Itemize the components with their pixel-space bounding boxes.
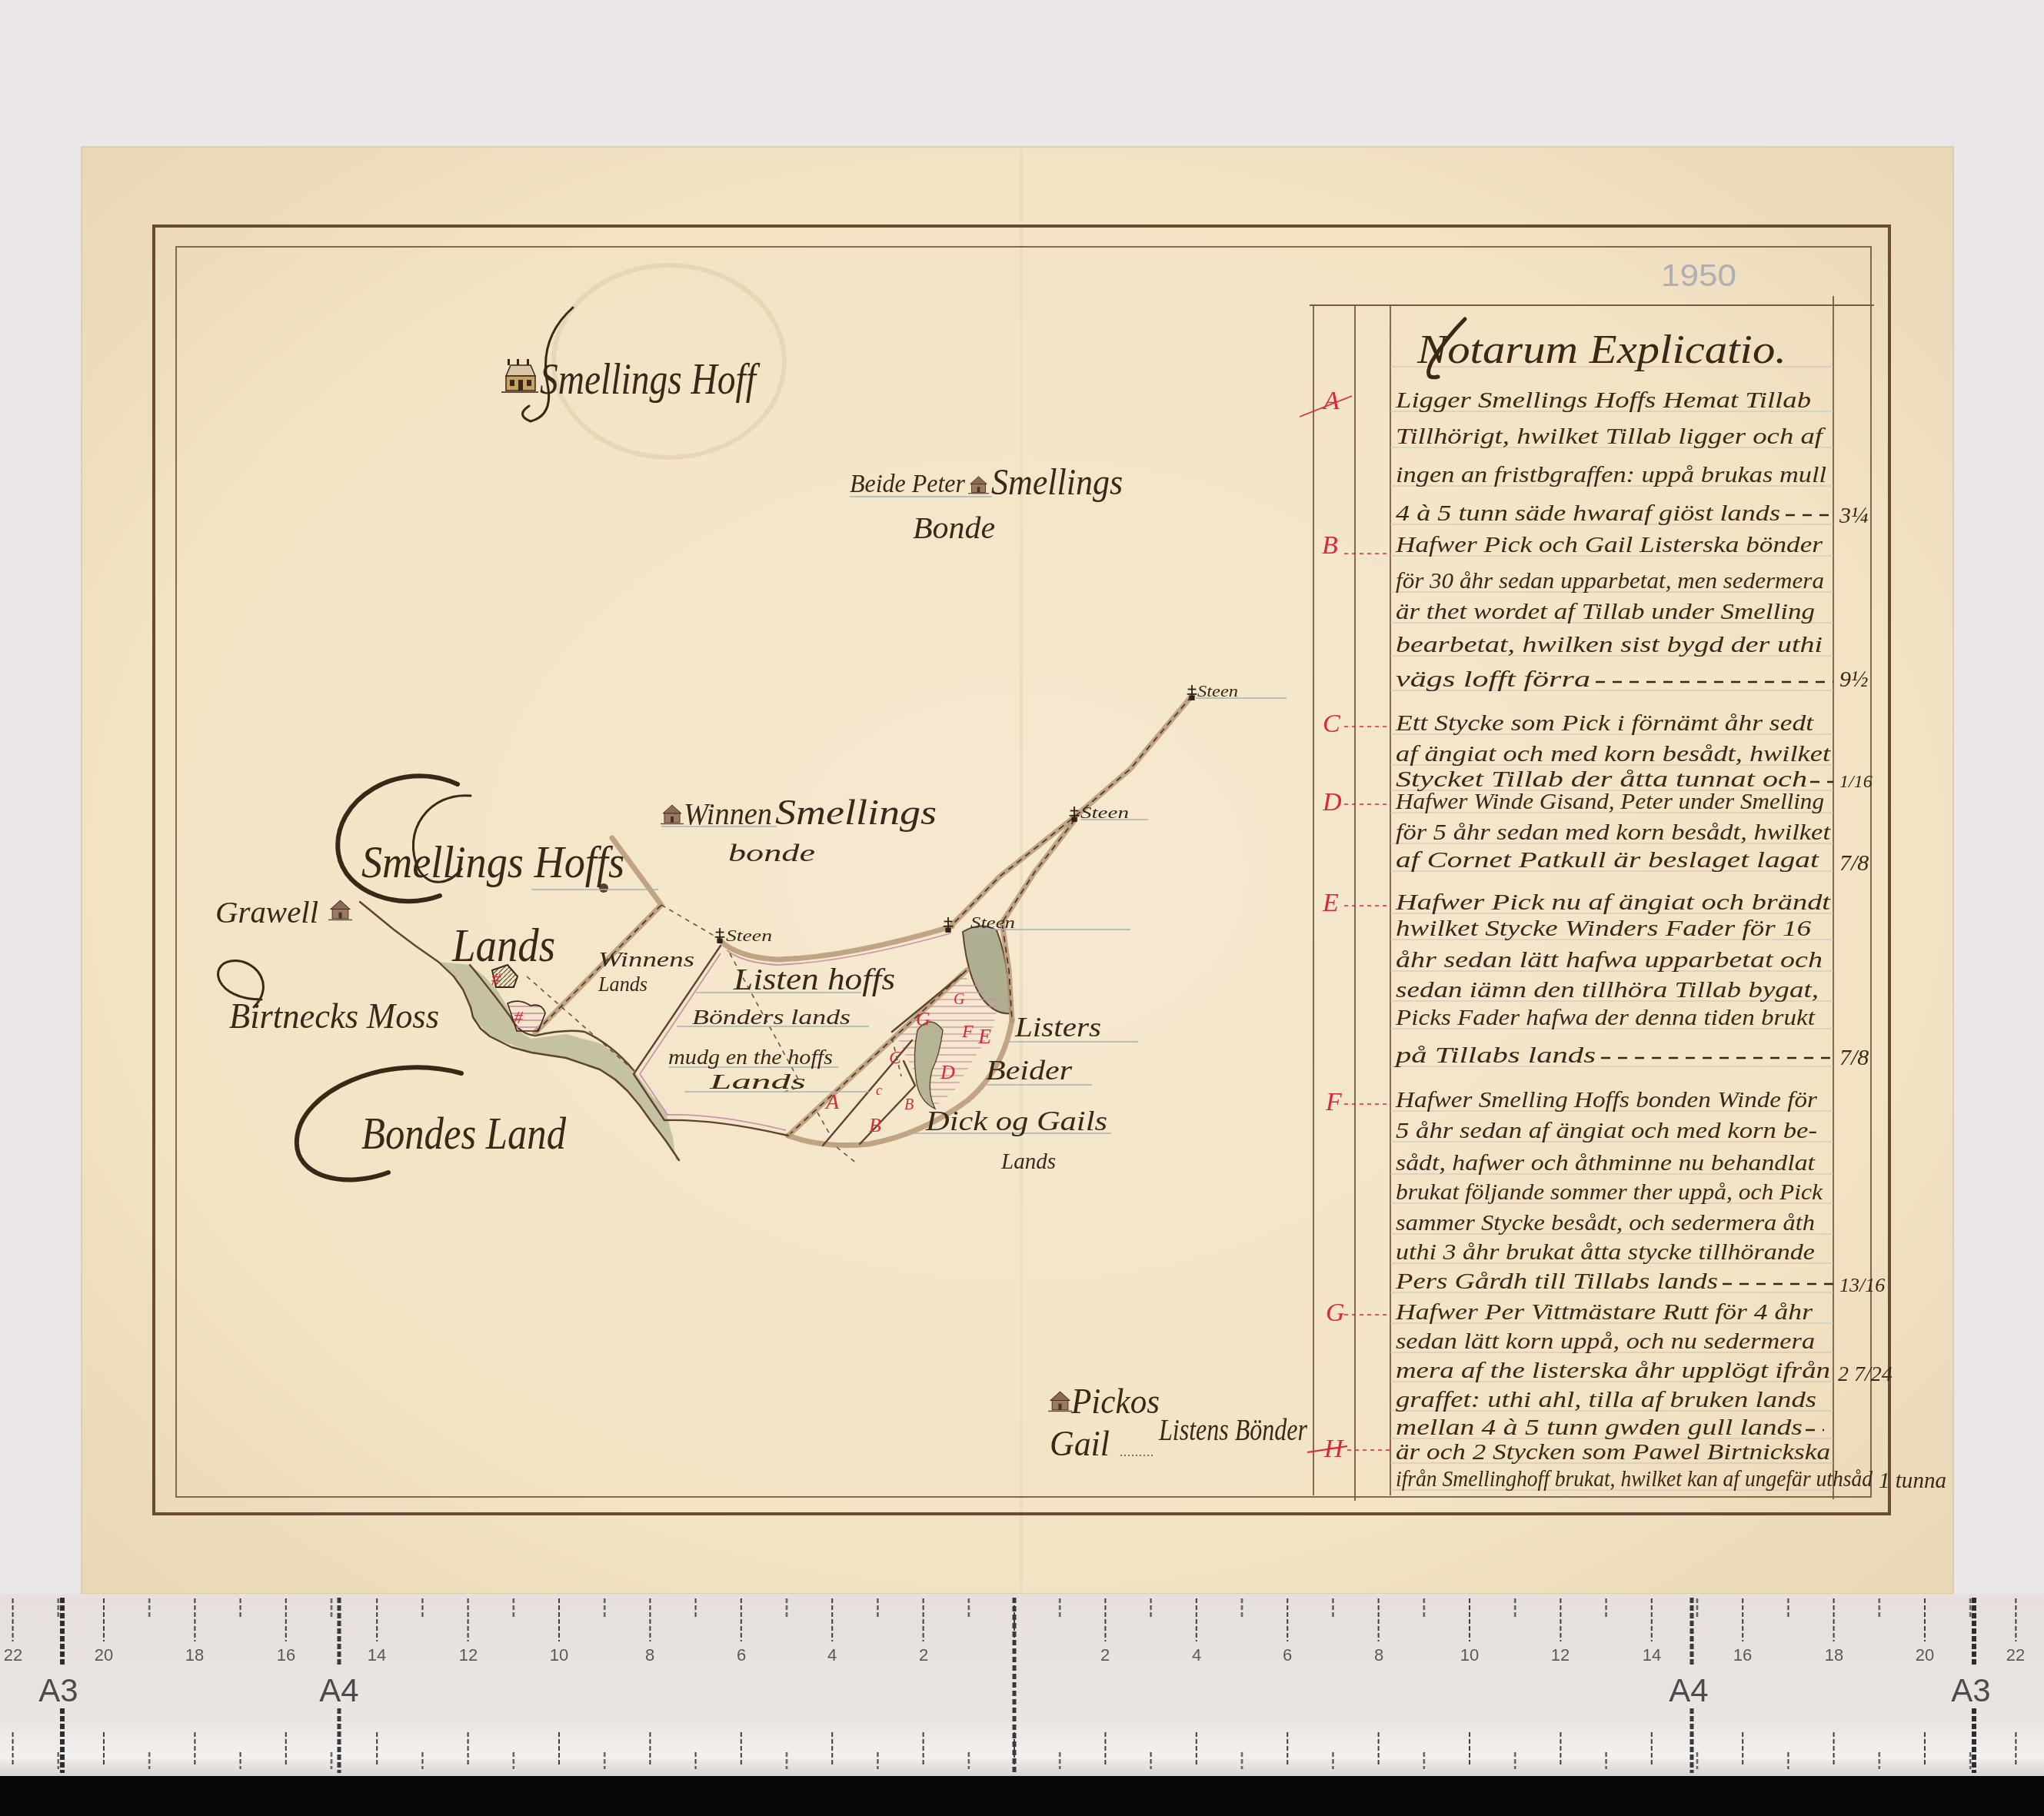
note-line: Hafwer Smelling Hoffs bonden Winde för: [1395, 1087, 1817, 1113]
label-beide-peter: Beide Peter: [850, 470, 966, 498]
note-line: Picks Fader hafwa der denna tiden brukt: [1395, 1005, 1816, 1030]
ruler-label: 10: [550, 1645, 568, 1665]
note-line: för 30 åhr sedan upparbetat, men sederme…: [1396, 568, 1824, 594]
label-gail: Gail: [1050, 1424, 1110, 1463]
label-dick-og-gails: Dick og Gails: [925, 1106, 1107, 1136]
note-line: Hafwer Pick nu af ängiat och brändt: [1395, 890, 1831, 915]
note-line: 4 à 5 tunn säde hwaraf giöst lands: [1396, 501, 1780, 526]
label-bonde-beide: Bonde: [913, 511, 995, 545]
scanner-edge-shadow: [0, 1776, 2044, 1816]
label-smellings-hoffs: Smellings Hoffs: [361, 836, 624, 887]
label-bonde-winnen: bonde: [728, 839, 815, 866]
scan-svg: 1950: [0, 0, 2044, 1816]
label-listers: Listers: [1014, 1012, 1101, 1043]
stone-label: Steen: [970, 913, 1015, 932]
label-bondes-land: Bondes Land: [361, 1108, 567, 1159]
ruler-label: 16: [1733, 1645, 1752, 1665]
note-line: Ett Stycke som Pick i förnämt åhr sedt: [1395, 710, 1814, 736]
parcel-letter-f: F: [961, 1022, 974, 1042]
parcel-letter-c-small: c: [876, 1083, 882, 1098]
parcel-letter-e: E: [977, 1025, 991, 1049]
note-line: Ligger Smellings Hoffs Hemat Tillab: [1395, 387, 1811, 413]
format-label-a3: A3: [38, 1672, 78, 1708]
ruler-label: 18: [185, 1645, 204, 1665]
ruler-label: 14: [1643, 1645, 1661, 1665]
parcel-letter-c: C: [889, 1048, 902, 1068]
note-line: är thet wordet af Tillab under Smelling: [1396, 599, 1815, 624]
stone-label: Steen: [1197, 681, 1238, 700]
note-line: mera af the listerska åhr upplögt ifrån: [1396, 1358, 1830, 1383]
ruler-label: 20: [1916, 1645, 1934, 1665]
scale-ruler: 22 20 18 16 14 12 10 8 6 4 2 2 4 6 8 10 …: [0, 1594, 2044, 1816]
entry-value: 1 tunna: [1879, 1468, 1946, 1493]
stone-label: Steen: [726, 926, 772, 945]
label-lands-smellings: Lands: [451, 920, 555, 972]
entry-value: 7/8: [1839, 1045, 1869, 1070]
note-line: sådt, hafwer och åthminne nu behandlat: [1396, 1150, 1816, 1176]
note-line: bearbetat, hwilken sist bygd der uthi: [1396, 632, 1823, 657]
note-line: graffet: uthi ahl, tilla af bruken lands: [1396, 1387, 1816, 1412]
note-line: sedan lätt korn uppå, och nu sedermera: [1396, 1329, 1815, 1354]
margin-letter-b: B: [1322, 531, 1338, 560]
note-line: vägs lofft förra: [1396, 667, 1590, 692]
ruler-label: 2: [1100, 1645, 1110, 1665]
note-line: uthi 3 åhr brukat åtta stycke tillhörand…: [1396, 1239, 1815, 1265]
label-beider: Beider: [986, 1055, 1073, 1086]
field-mark: #: [514, 1008, 524, 1028]
margin-letter-h: H: [1323, 1435, 1345, 1463]
margin-letter-f: F: [1325, 1088, 1343, 1116]
label-lands-winnens: Lands: [598, 973, 647, 996]
note-line: Hafwer Per Vittmästare Rutt för 4 åhr: [1395, 1299, 1813, 1325]
ruler-label: 22: [4, 1645, 22, 1665]
margin-letter-d: D: [1322, 788, 1342, 817]
ruler-label: 10: [1460, 1645, 1479, 1665]
note-line: Hafwer Pick och Gail Listerska bönder: [1395, 532, 1823, 557]
parcel-letter-b-small: B: [904, 1096, 914, 1113]
ruler-label: 6: [737, 1645, 746, 1665]
note-line: brukat följande sommer ther uppå, och Pi…: [1396, 1179, 1823, 1205]
margin-letter-g: G: [1326, 1299, 1345, 1327]
format-label-a4: A4: [319, 1672, 358, 1708]
ruler-label: 14: [368, 1645, 386, 1665]
ruler-label: 12: [1551, 1645, 1570, 1665]
ruler-label: 2: [919, 1645, 928, 1665]
note-line: af Cornet Patkull är beslaget lagat: [1396, 847, 1819, 873]
format-label-a3: A3: [1951, 1672, 1990, 1708]
parcel-letter-g: G: [916, 1008, 930, 1030]
notes-title: Notarum Explicatio.: [1416, 328, 1786, 372]
note-line: för 5 åhr sedan med korn besådt, hwilket: [1396, 820, 1831, 845]
label-pickos: Pickos: [1070, 1382, 1160, 1421]
ruler-label: 6: [1283, 1645, 1292, 1665]
ruler-label: 16: [277, 1645, 295, 1665]
margin-letter-c: C: [1323, 710, 1340, 738]
note-line: Pers Gårdh till Tillabs lands: [1395, 1269, 1718, 1294]
label-winnen: Winnen: [684, 797, 772, 831]
entry-value: 9½: [1839, 667, 1869, 692]
ruler-label: 4: [827, 1645, 837, 1665]
label-smellings-beide: Smellings: [991, 462, 1123, 503]
entry-value: 3¼: [1839, 503, 1869, 528]
ruler-label: 8: [645, 1645, 654, 1665]
ruler-label: 20: [95, 1645, 113, 1665]
note-line: ingen an fristbgraffen: uppå brukas mull: [1396, 462, 1826, 487]
entry-value: 1/16: [1839, 772, 1873, 792]
ruler-label: 4: [1192, 1645, 1201, 1665]
pencil-note: 1950: [1661, 259, 1736, 293]
parcel-letter-g-small: G: [954, 991, 965, 1008]
label-listens-bonder: Listens Bönder: [1158, 1412, 1307, 1447]
note-line: Hafwer Winde Gisand, Peter under Smellin…: [1395, 789, 1824, 814]
entry-value: 2 7/24: [1838, 1362, 1893, 1386]
label-smellings-winnen: Smellings: [775, 793, 937, 832]
label-listen-hoffs: Listen hoffs: [733, 962, 895, 996]
margin-letter-a: A: [1322, 387, 1340, 415]
note-line: mellan 4 à 5 tunn gwden gull lands: [1396, 1415, 1803, 1440]
note-line: ifrån Smellinghoff brukat, hwilket kan a…: [1396, 1466, 1873, 1492]
note-line: 5 åhr sedan af ängiat och med korn be-: [1396, 1118, 1817, 1143]
parcel-letter-b: B: [869, 1114, 881, 1136]
label-lands-dick: Lands: [1000, 1149, 1056, 1174]
label-lands-listen: Lands: [708, 1070, 806, 1094]
ruler-label: 12: [459, 1645, 478, 1665]
entry-value: 13/16: [1839, 1274, 1885, 1296]
note-line: är och 2 Stycken som Pawel Birtnickska: [1396, 1439, 1830, 1465]
scan-canvas: 1950: [0, 0, 2044, 1816]
note-line: på Tillabs lands: [1393, 1043, 1596, 1068]
note-line: sedan iämn den tillhöra Tillab bygat,: [1396, 977, 1819, 1003]
ruler-label: 22: [2006, 1645, 2025, 1665]
ruler-ticks: [0, 1594, 2044, 1778]
note-line: af ängiat och med korn besådt, hwilket: [1396, 741, 1831, 767]
note-line: sammer Stycke besådt, och sedermera åth: [1396, 1210, 1815, 1236]
margin-letter-e: E: [1322, 889, 1339, 917]
ruler-label: 8: [1374, 1645, 1383, 1665]
note-line: Tillhörigt, hwilket Tillab ligger och af: [1396, 424, 1826, 449]
parcel-letter-d: D: [940, 1061, 955, 1083]
label-bonders-lands: Bönders lands: [692, 1006, 851, 1029]
field-mark: #: [491, 970, 501, 989]
format-label-a4: A4: [1669, 1672, 1708, 1708]
note-line: hwilket Stycke Winders Fader för 16: [1396, 916, 1811, 941]
stone-label: Steen: [1080, 803, 1129, 822]
label-grawell: Grawell: [215, 895, 318, 930]
parcel-letter-a: A: [824, 1090, 840, 1114]
label-mudg: mudg en the hoffs: [668, 1046, 833, 1069]
label-winnens: Winnens: [598, 948, 694, 972]
note-line: åhr sedan lätt hafwa upparbetat och: [1396, 947, 1823, 973]
entry-value: 7/8: [1839, 850, 1869, 876]
ruler-label: 18: [1825, 1645, 1843, 1665]
label-smellings-hoff: Smellings Hoff: [540, 354, 761, 404]
label-birtnecks-moss: Birtnecks Moss: [229, 996, 439, 1036]
